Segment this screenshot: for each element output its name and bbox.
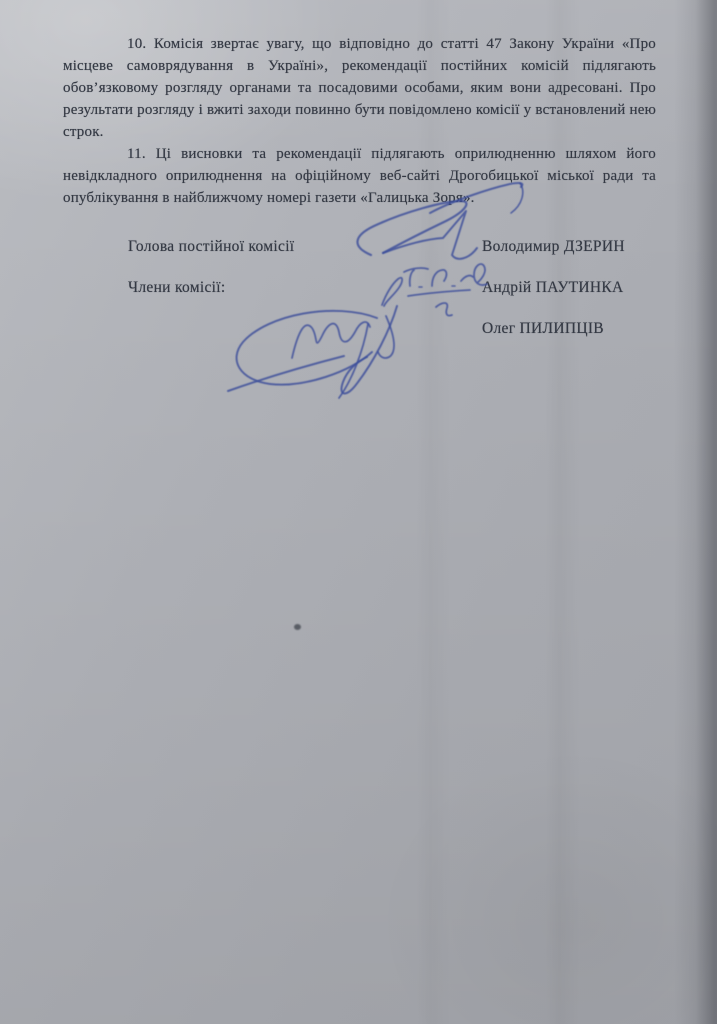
signature-block: Голова постійної комісії Володимир ДЗЕРИ… [0, 0, 717, 1024]
signer-role-members: Члени комісії: [128, 279, 225, 297]
signer-name-dzeryn: Володимир ДЗЕРИН [482, 238, 625, 256]
scanned-document-page: 10. Комісія звертає увагу, що відповідно… [0, 0, 717, 1024]
signer-role-head: Голова постійної комісії [128, 238, 294, 256]
signer-name-pylyptsiv: Олег ПИЛИПЦІВ [482, 320, 604, 338]
ink-speck [294, 624, 301, 630]
signer-name-pautynka: Андрій ПАУТИНКА [482, 279, 624, 297]
